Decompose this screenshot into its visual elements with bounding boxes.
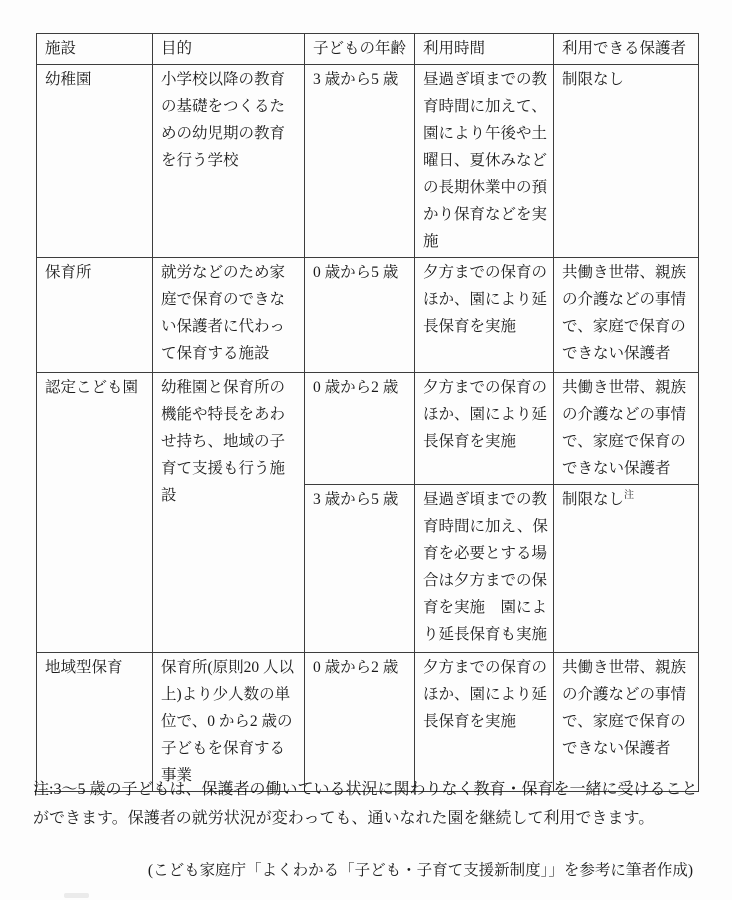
column-header-age: 子どもの年齢 [305,34,415,65]
table-header-row: 施設 目的 子どもの年齢 利用時間 利用できる保護者 [37,34,699,65]
document-page: 施設 目的 子どもの年齢 利用時間 利用できる保護者 幼稚園 小学校以降の教育の… [0,0,732,900]
scan-artifact [64,893,89,898]
parents-cell: 制限なし [554,65,699,258]
facility-cell: 地域型保育 [37,653,153,792]
column-header-purpose: 目的 [153,34,305,65]
table-row-nursery: 保育所 就労などのため家庭で保育のできない保護者に代わって保育する施設 0 歳か… [37,258,699,373]
parents-cell: 制限なし注 [554,485,699,653]
age-cell: 0 歳から2 歳 [305,373,415,485]
parents-cell: 共働き世帯、親族の介護などの事情で、家庭で保育のできない保護者 [554,258,699,373]
facility-cell: 幼稚園 [37,65,153,258]
childcare-facilities-table: 施設 目的 子どもの年齢 利用時間 利用できる保護者 幼稚園 小学校以降の教育の… [36,33,699,792]
hours-cell: 夕方までの保育のほか、園により延長保育を実施 [415,258,554,373]
column-header-facility: 施設 [37,34,153,65]
age-cell: 3 歳から5 歳 [305,65,415,258]
purpose-cell: 保育所(原則20 人以上)より少人数の単位で、0 から2 歳の子どもを保育する事… [153,653,305,792]
purpose-cell: 就労などのため家庭で保育のできない保護者に代わって保育する施設 [153,258,305,373]
table-row-certified-center-0-2: 認定こども園 幼稚園と保育所の機能や特長をあわせ持ち、地域の子育て支援も行う施設… [37,373,699,485]
purpose-cell: 小学校以降の教育の基礎をつくるための幼児期の教育を行う学校 [153,65,305,258]
table-row-kindergarten: 幼稚園 小学校以降の教育の基礎をつくるための幼児期の教育を行う学校 3 歳から5… [37,65,699,258]
parents-text: 制限なし [562,491,624,508]
age-cell: 3 歳から5 歳 [305,485,415,653]
citation-text: (こども家庭庁「よくわかる「子ども・子育て支援新制度」」を参考に筆者作成) [33,858,693,884]
hours-cell: 昼過ぎ頃までの教育時間に加え、保育を必要とする場合は夕方までの保育を実施 園によ… [415,485,554,653]
facility-cell: 認定こども園 [37,373,153,653]
parents-cell: 共働き世帯、親族の介護などの事情で、家庭で保育のできない保護者 [554,373,699,485]
parents-cell: 共働き世帯、親族の介護などの事情で、家庭で保育のできない保護者 [554,653,699,792]
column-header-hours: 利用時間 [415,34,554,65]
purpose-cell: 幼稚園と保育所の機能や特長をあわせ持ち、地域の子育て支援も行う施設 [153,373,305,653]
facility-cell: 保育所 [37,258,153,373]
hours-cell: 昼過ぎ頃までの教育時間に加えて、園により午後や土曜日、夏休みなどの長期休業中の預… [415,65,554,258]
hours-cell: 夕方までの保育のほか、園により延長保育を実施 [415,653,554,792]
age-cell: 0 歳から5 歳 [305,258,415,373]
column-header-parents: 利用できる保護者 [554,34,699,65]
age-cell: 0 歳から2 歳 [305,653,415,792]
hours-cell: 夕方までの保育のほか、園により延長保育を実施 [415,373,554,485]
footnote-text: 注:3〜5 歳の子どもは、保護者の働いている状況に関わりなく教育・保育を一緒に受… [33,776,709,833]
table-row-community-childcare: 地域型保育 保育所(原則20 人以上)より少人数の単位で、0 から2 歳の子ども… [37,653,699,792]
note-superscript: 注 [624,490,634,501]
